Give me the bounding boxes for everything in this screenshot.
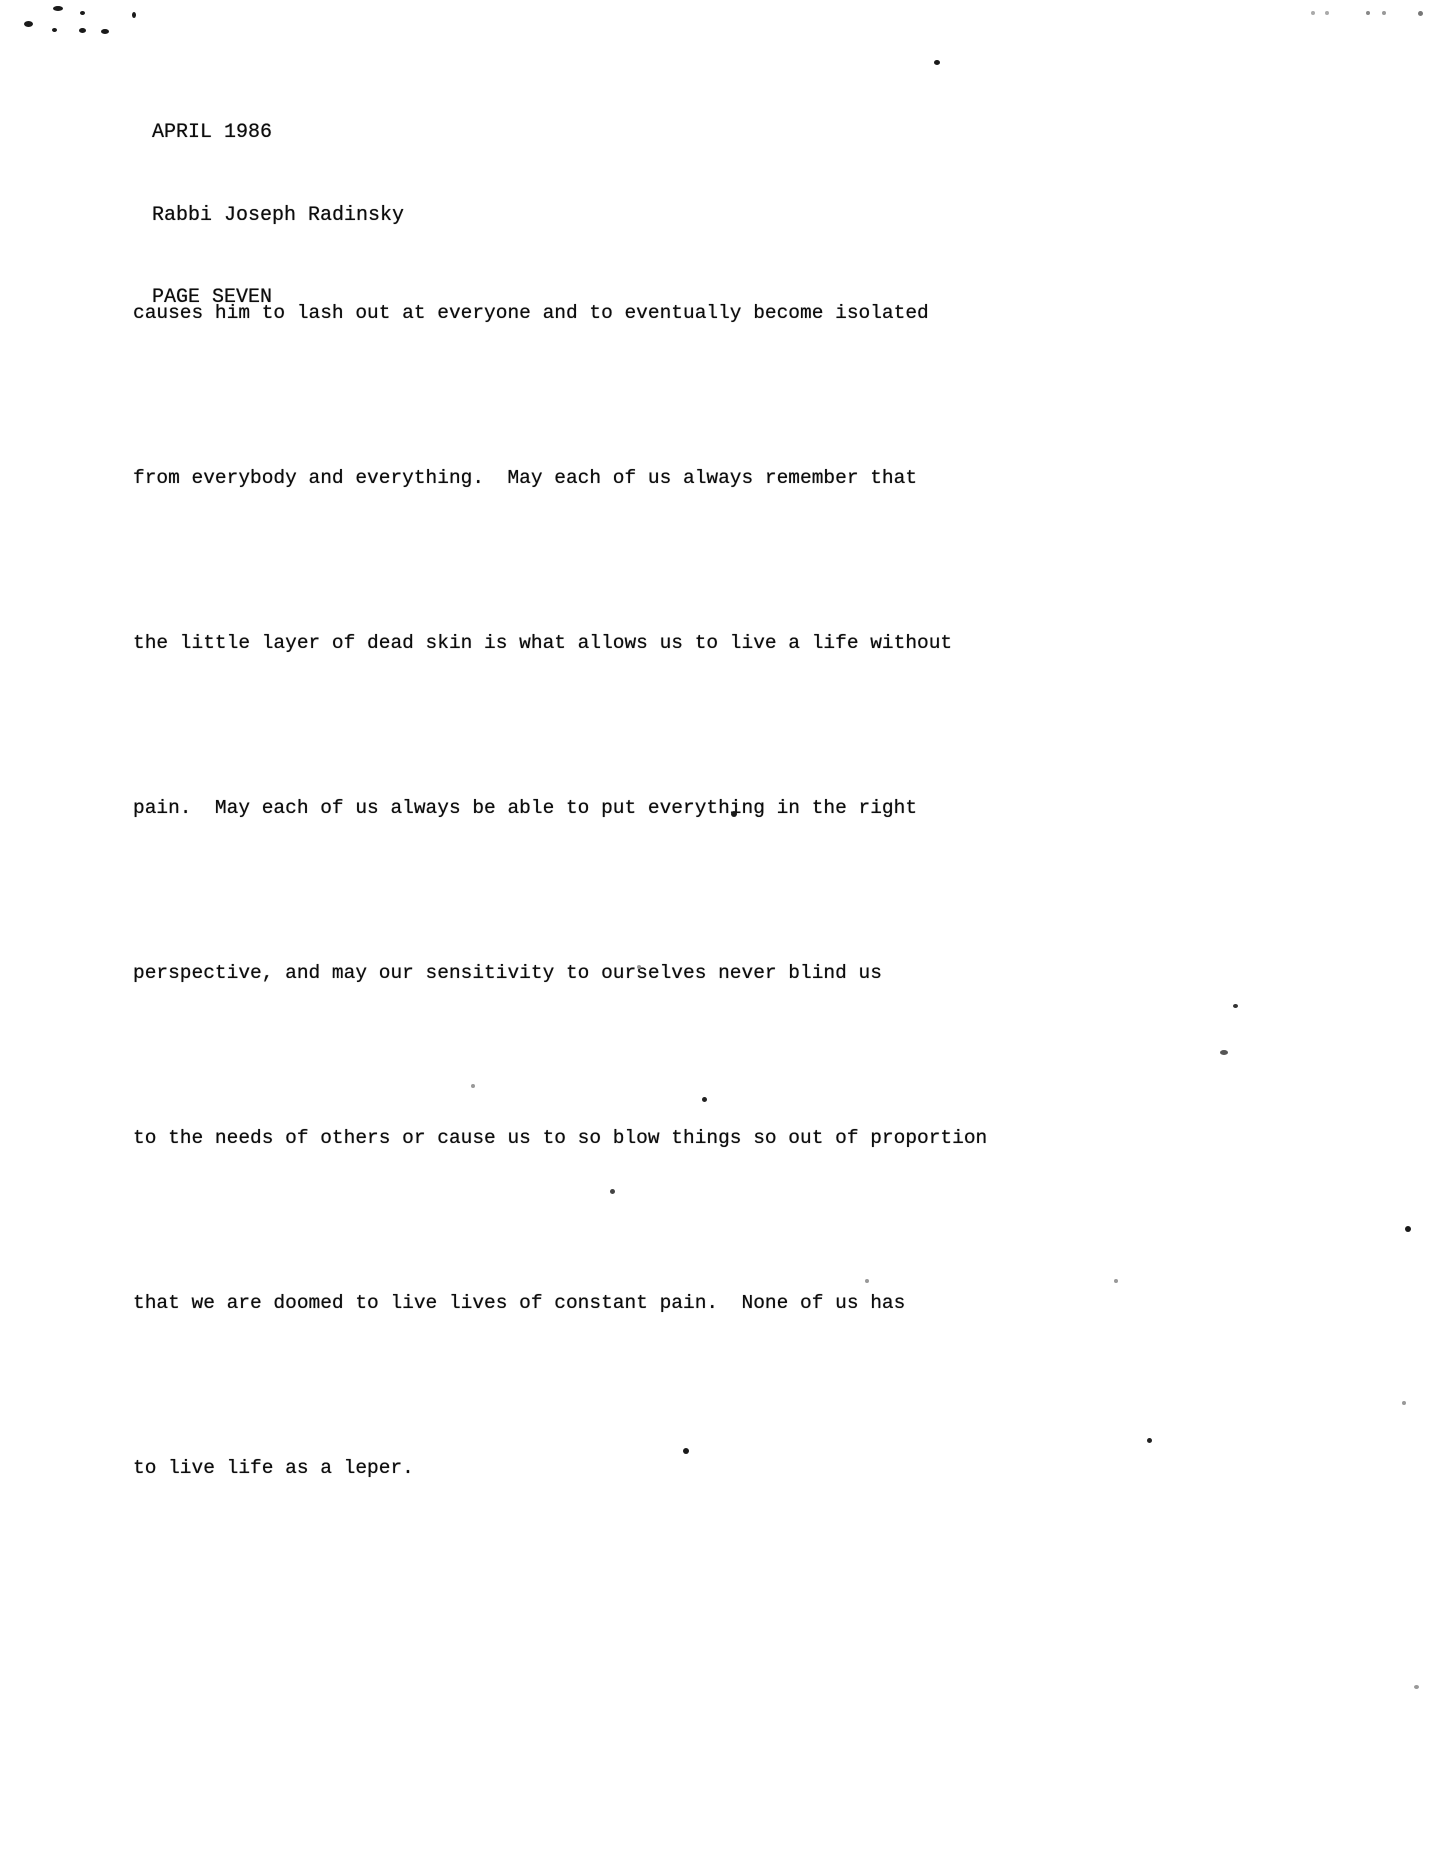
scan-speck — [52, 28, 57, 32]
scan-speck — [1311, 11, 1315, 15]
body-line: from everybody and everything. May each … — [133, 451, 987, 506]
body-line: perspective, and may our sensitivity to … — [133, 946, 987, 1001]
scan-speck — [132, 12, 136, 18]
scan-speck — [80, 11, 85, 15]
scan-speck — [1325, 11, 1329, 15]
scan-speck — [1366, 11, 1370, 15]
scan-speck — [53, 6, 63, 11]
body-line: to the needs of others or cause us to so… — [133, 1111, 987, 1166]
scan-speck — [1147, 1438, 1152, 1443]
scan-speck — [24, 21, 33, 27]
body-line: causes him to lash out at everyone and t… — [133, 286, 987, 341]
scan-speck — [1402, 1401, 1406, 1405]
scan-speck — [1414, 1685, 1419, 1689]
body-line: pain. May each of us always be able to p… — [133, 781, 987, 836]
scan-speck — [1233, 1004, 1238, 1008]
scan-speck — [934, 60, 940, 65]
scan-speck — [1220, 1050, 1228, 1055]
body-line: to live life as a leper. — [133, 1441, 987, 1496]
body-line: that we are doomed to live lives of cons… — [133, 1276, 987, 1331]
scan-speck — [79, 28, 86, 33]
scan-speck — [1405, 1226, 1411, 1232]
scan-speck — [1382, 11, 1386, 15]
scan-speck — [1114, 1279, 1118, 1283]
scan-speck — [1418, 11, 1423, 16]
body-line: the little layer of dead skin is what al… — [133, 616, 987, 671]
document-body: causes him to lash out at everyone and t… — [133, 176, 987, 1606]
document-page: APRIL 1986 Rabbi Joseph Radinsky PAGE SE… — [0, 0, 1430, 1851]
scan-speck — [101, 29, 109, 34]
header-date: APRIL 1986 — [152, 119, 404, 147]
